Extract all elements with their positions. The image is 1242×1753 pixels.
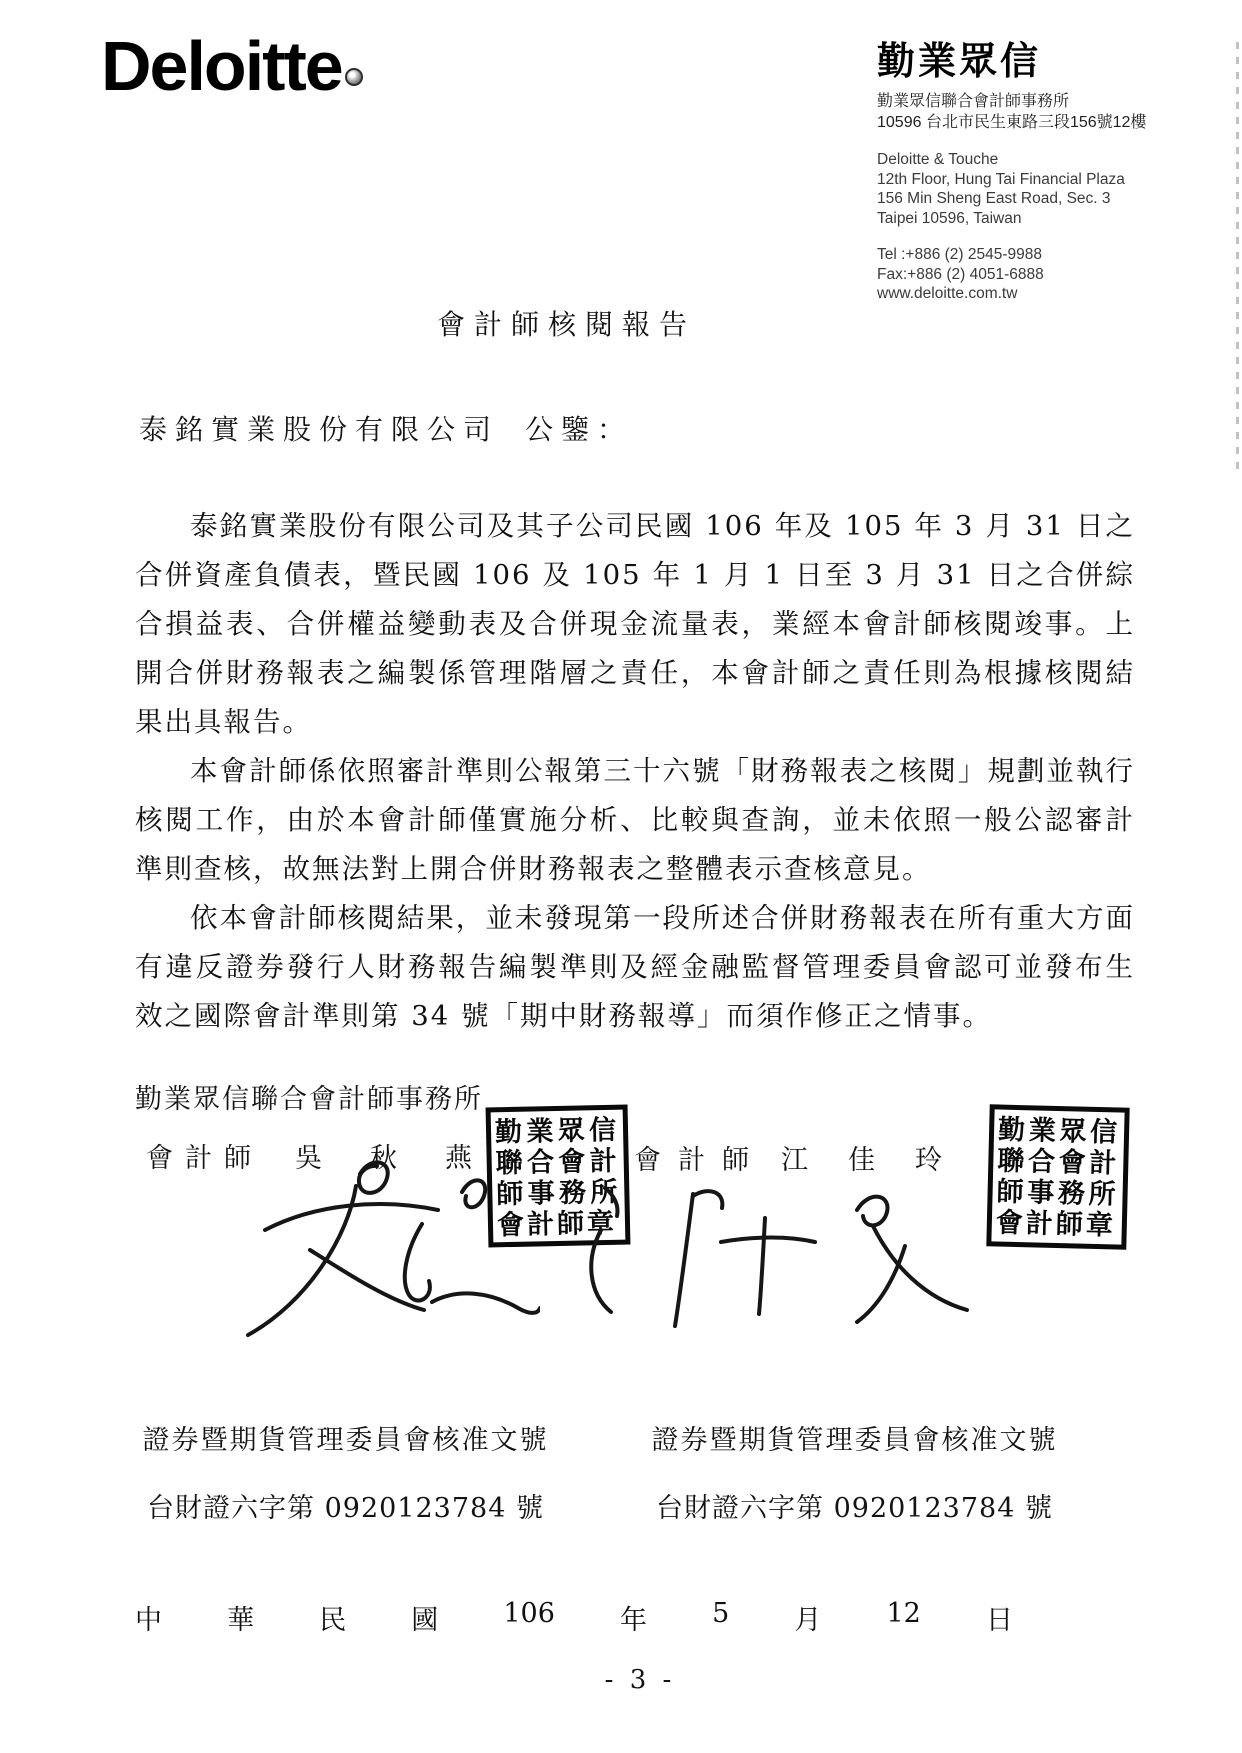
review-report-page: Deloitte 勤業眾信 勤業眾信聯合會計師事務所 10596 台北市民生東路… [0, 0, 1242, 1753]
approval-left-number: 台財證六字第 0920123784 號 [133, 1486, 558, 1525]
deloitte-logo: Deloitte [101, 26, 363, 106]
address-en-line1: 12th Floor, Hung Tai Financial Plaza [877, 170, 1146, 190]
addressee-company: 泰銘實業股份有限公司 [139, 413, 499, 446]
report-body: 泰銘實業股份有限公司及其子公司民國 106 年及 105 年 3 月 31 日之… [135, 502, 1135, 1041]
firm-street-cn: 10596 台北市民生東路三段156號12樓 [877, 113, 1146, 134]
approval-left-title: 證券暨期貨管理委員會核准文號 [133, 1418, 558, 1457]
date-part-year: 106 [503, 1598, 555, 1637]
addressee-line: 泰銘實業股份有限公司公鑒： [139, 408, 633, 448]
registered-dot-icon [345, 68, 363, 86]
approval-block-right: 證券暨期貨管理委員會核准文號 台財證六字第 0920123784 號 [642, 1418, 1067, 1525]
firm-contact: Tel :+886 (2) 2545-9988 Fax:+886 (2) 405… [877, 245, 1146, 304]
paragraph-scope: 泰銘實業股份有限公司及其子公司民國 106 年及 105 年 3 月 31 日之… [135, 502, 1135, 747]
firm-full-name-cn: 勤業眾信聯合會計師事務所 [877, 92, 1146, 113]
firm-address-english: Deloitte & Touche 12th Floor, Hung Tai F… [877, 150, 1146, 228]
date-part-month: 5 [712, 1598, 729, 1637]
addressee-suffix: 公鑒： [525, 413, 633, 446]
date-part: 日 [986, 1598, 1013, 1637]
page-number: - 3 - [560, 1665, 720, 1695]
firm-name-chinese: 勤業眾信 [877, 40, 1146, 84]
deloitte-logo-text: Deloitte [101, 27, 342, 105]
date-part: 民 [319, 1598, 346, 1637]
signature-firm-name: 勤業眾信聯合會計師事務所 [135, 1077, 483, 1116]
masthead: 勤業眾信 勤業眾信聯合會計師事務所 10596 台北市民生東路三段156號12樓… [877, 40, 1146, 304]
paragraph-review-basis: 本會計師係依照審計準則公報第三十六號「財務報表之核閱」規劃並執行核閱工作，由於本… [135, 747, 1135, 894]
website-line: www.deloitte.com.tw [877, 284, 1146, 304]
approval-right-title: 證券暨期貨管理委員會核准文號 [642, 1418, 1067, 1457]
address-en-line2: 156 Min Sheng East Road, Sec. 3 [877, 189, 1146, 209]
scan-artifact [1236, 42, 1239, 472]
accountant2-seal: 勤業眾信聯合會計師事務所會計師章 [986, 1104, 1129, 1249]
paragraph-conclusion: 依本會計師核閱結果，並未發現第一段所述合併財務報表在所有重大方面有違反證券發行人… [135, 894, 1135, 1041]
date-part: 中 [135, 1598, 162, 1637]
approval-block-left: 證券暨期貨管理委員會核准文號 台財證六字第 0920123784 號 [133, 1418, 558, 1525]
date-part: 年 [620, 1598, 647, 1637]
tel-line: Tel :+886 (2) 2545-9988 [877, 245, 1146, 265]
address-en-line3: Taipei 10596, Taiwan [877, 209, 1146, 229]
accountant2-seal-text: 勤業眾信聯合會計師事務所會計師章 [995, 1115, 1120, 1242]
approval-right-number: 台財證六字第 0920123784 號 [642, 1486, 1067, 1525]
firm-address-chinese: 勤業眾信聯合會計師事務所 10596 台北市民生東路三段156號12樓 [877, 92, 1146, 133]
firm-name-en: Deloitte & Touche [877, 150, 1146, 170]
accountant2-handwritten-signature-icon [575, 1160, 975, 1340]
date-part: 國 [411, 1598, 438, 1637]
fax-line: Fax:+886 (2) 4051-6888 [877, 265, 1146, 285]
date-part-day: 12 [886, 1598, 920, 1637]
report-title: 會計師核閱報告 [437, 303, 696, 343]
accountant1-handwritten-signature-icon [210, 1152, 540, 1342]
date-part: 華 [227, 1598, 254, 1637]
roc-date-line: 中 華 民 國 106 年 5 月 12 日 [135, 1598, 1013, 1637]
date-part: 月 [794, 1598, 821, 1637]
